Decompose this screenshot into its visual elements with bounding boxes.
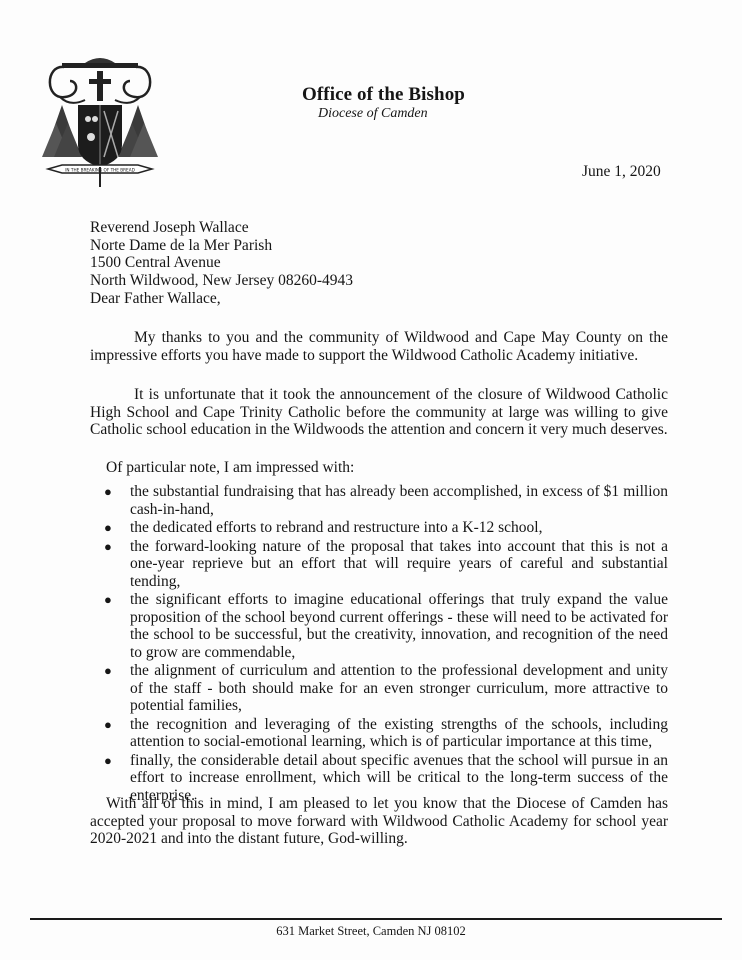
bullet-icon: ●: [104, 662, 112, 680]
body-paragraph-2: It is unfortunate that it took the annou…: [90, 386, 668, 439]
letter-date: June 1, 2020: [582, 163, 661, 181]
bullet-icon: ●: [104, 538, 112, 556]
recipient-city: North Wildwood, New Jersey 08260-4943: [90, 272, 353, 290]
letterhead-title: Office of the Bishop: [302, 84, 465, 106]
recipient-address: Reverend Joseph Wallace Norte Dame de la…: [90, 219, 353, 289]
letterhead-subtitle: Diocese of Camden: [318, 106, 428, 122]
footer-address: 631 Market Street, Camden NJ 08102: [0, 924, 742, 939]
list-item: ●the recognition and leveraging of the e…: [100, 716, 668, 751]
list-intro: Of particular note, I am impressed with:: [90, 459, 668, 477]
bullet-icon: ●: [104, 519, 112, 537]
achievements-list: ●the substantial fundraising that has al…: [100, 483, 668, 805]
closing-paragraph: With all of this in mind, I am pleased t…: [90, 795, 668, 848]
salutation: Dear Father Wallace,: [90, 290, 221, 308]
list-item: ●the dedicated efforts to rebrand and re…: [100, 519, 668, 537]
recipient-street: 1500 Central Avenue: [90, 254, 353, 272]
list-item: ●the significant efforts to imagine educ…: [100, 591, 668, 661]
footer-divider: [30, 918, 722, 920]
list-item: ●the alignment of curriculum and attenti…: [100, 662, 668, 715]
body-paragraph-1: My thanks to you and the community of Wi…: [90, 329, 668, 364]
recipient-name: Reverend Joseph Wallace: [90, 219, 353, 237]
list-item: ●the substantial fundraising that has al…: [100, 483, 668, 518]
recipient-parish: Norte Dame de la Mer Parish: [90, 237, 353, 255]
coat-of-arms-icon: IN THE BREAKING OF THE BREAD: [40, 45, 160, 190]
list-item: ●the forward-looking nature of the propo…: [100, 538, 668, 591]
bullet-icon: ●: [104, 716, 112, 734]
bullet-icon: ●: [104, 483, 112, 501]
bullet-icon: ●: [104, 752, 112, 770]
bullet-icon: ●: [104, 591, 112, 609]
